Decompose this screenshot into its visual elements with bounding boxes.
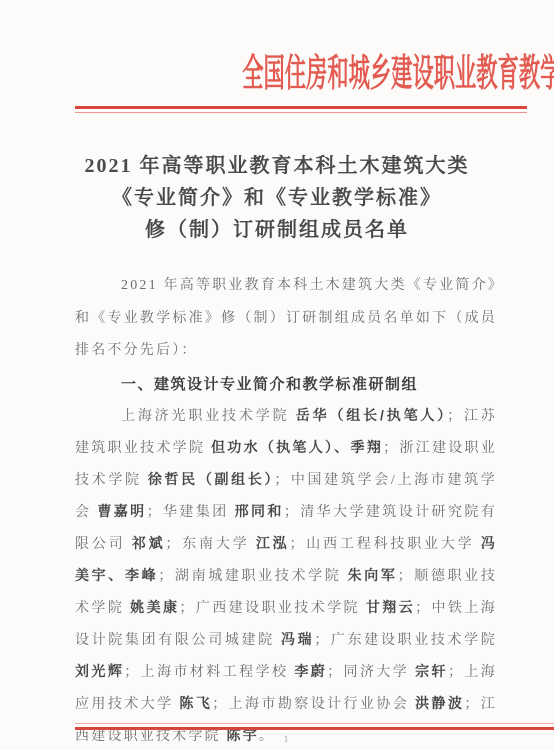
member-name: 姚美康 <box>130 599 179 615</box>
members-paragraph: 上海济光职业技术学院 岳华（组长/执笔人）；江苏建筑职业技术学院 但功水（执笔人… <box>75 400 497 750</box>
footer-rule-thick <box>75 727 554 730</box>
header-rule-thin <box>75 112 527 113</box>
member-name: 但功水（执笔人）、季翔 <box>211 439 383 455</box>
member-name: 李蔚 <box>294 663 327 679</box>
member-name: 江泓 <box>256 535 290 551</box>
institution-text: ；东南大学 <box>165 537 255 552</box>
institution-text: ；华建集团 <box>147 505 235 520</box>
document-title: 2021 年高等职业教育本科土木建筑大类 《专业简介》和《专业教学标准》 修（制… <box>57 150 497 246</box>
member-name: 冯瑞 <box>281 631 314 647</box>
member-name: 宗轩 <box>415 663 448 679</box>
footer-rule-thin <box>75 723 554 724</box>
section-heading: 一、建筑设计专业简介和教学标准研制组 <box>75 372 497 398</box>
member-name: 曹嘉明 <box>97 503 146 519</box>
member-name: 徐哲民（副组长） <box>148 471 274 487</box>
intro-paragraph: 2021 年高等职业教育本科土木建筑大类《专业简介》和《专业教学标准》修（制）订… <box>75 270 497 368</box>
document-body: 2021 年高等职业教育本科土木建筑大类《专业简介》和《专业教学标准》修（制）订… <box>75 270 497 750</box>
organization-name: 全国住房和城乡建设职业教育教学指导委员会 <box>242 48 554 100</box>
member-name: 邢同和 <box>235 503 284 519</box>
institution-text: 上海济光职业技术学院 <box>121 409 296 424</box>
red-letterhead: 全国住房和城乡建设职业教育教学指导委员会 <box>75 48 527 100</box>
scanned-document-page: 全国住房和城乡建设职业教育教学指导委员会 2021 年高等职业教育本科土木建筑大… <box>0 0 554 750</box>
institution-text: ；同济大学 <box>327 665 415 680</box>
member-name: 朱向军 <box>348 567 398 583</box>
member-name: 岳华（组长/执笔人） <box>296 407 447 423</box>
institution-text: ；广东建设职业技术学院 <box>314 633 497 648</box>
member-name: 洪静波 <box>415 695 464 711</box>
document-title-line-2: 《专业简介》和《专业教学标准》 <box>57 182 497 214</box>
member-name: 陈飞 <box>179 695 212 711</box>
header-rule-thick <box>75 106 527 109</box>
member-name: 刘光辉 <box>75 663 124 679</box>
page-number: 1 <box>75 732 497 746</box>
institution-text: ；广西建设职业技术学院 <box>179 601 365 616</box>
member-name: 甘翔云 <box>366 599 415 615</box>
institution-text: ；湖南城建职业技术学院 <box>158 569 347 584</box>
document-title-line-3: 修（制）订研制组成员名单 <box>57 214 497 246</box>
institution-text: ；山西工程科技职业大学 <box>289 537 480 552</box>
institution-text: ；上海市勘察设计行业协会 <box>212 697 415 712</box>
document-title-line-1: 2021 年高等职业教育本科土木建筑大类 <box>57 150 497 182</box>
member-name: 祁斌 <box>132 535 166 551</box>
institution-text: ；上海市材料工程学校 <box>124 665 294 680</box>
